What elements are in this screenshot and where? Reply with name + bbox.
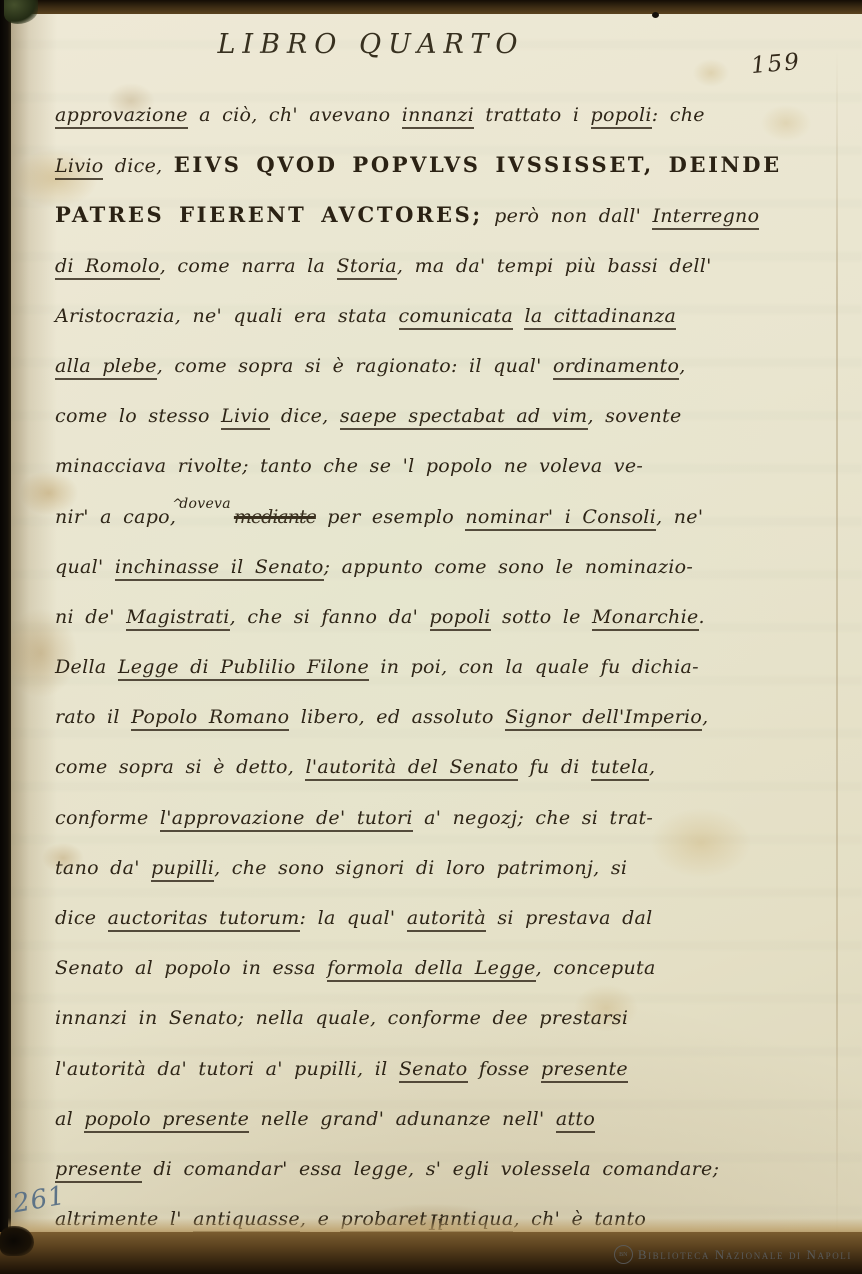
text-segment: dice,	[270, 405, 340, 427]
text-segment: Senato	[399, 1058, 468, 1083]
text-segment: Aristocrazia, ne' quali era stata	[55, 305, 399, 327]
text-segment: al	[55, 1108, 84, 1130]
text-segment: Livio	[221, 405, 269, 430]
text-segment: ni de'	[55, 606, 126, 628]
text-segment: , sovente	[588, 405, 682, 427]
manuscript-line: dice auctoritas tutorum: la qual' autori…	[55, 898, 845, 948]
text-segment: , che si fanno da'	[230, 606, 430, 628]
text-segment: a ciò, ch' avevano	[188, 104, 402, 126]
text-segment: libero, ed assoluto	[289, 706, 505, 728]
text-segment: tutela	[591, 756, 649, 781]
text-segment: approvazione	[55, 104, 188, 129]
text-segment: , ne'	[656, 506, 703, 528]
manuscript-line: nir' a capo,dovevamediante per esemplo n…	[55, 497, 845, 547]
text-segment: ; appunto come sono le nominazio-	[324, 556, 694, 578]
text-segment: la cittadinanza	[524, 305, 676, 330]
text-segment: formola della Legge	[327, 957, 536, 982]
manuscript-line: Della Legge di Publilio Filone in poi, c…	[55, 647, 845, 697]
text-segment: saepe spectabat ad vim	[340, 405, 588, 430]
binding-edge	[0, 0, 11, 1274]
manuscript-line: l'autorità da' tutori a' pupilli, il Sen…	[55, 1049, 845, 1099]
text-segment: ,	[702, 706, 708, 728]
text-segment: sotto le	[491, 606, 592, 628]
manuscript-text-block: approvazione a ciò, ch' avevano innanzi …	[55, 95, 845, 1249]
manuscript-line: alla plebe, come sopra si è ragionato: i…	[55, 346, 845, 396]
text-segment: l'approvazione de' tutori	[160, 807, 413, 832]
text-segment: nir' a capo,	[55, 506, 176, 528]
manuscript-line: rato il Popolo Romano libero, ed assolut…	[55, 697, 845, 747]
text-segment: Storia	[337, 255, 397, 280]
text-segment: atto	[556, 1108, 595, 1133]
text-segment: presente	[55, 1158, 142, 1183]
corner-blot	[0, 1226, 34, 1256]
text-segment: come sopra si è detto,	[55, 756, 305, 778]
text-segment: ordinamento	[553, 355, 679, 380]
text-segment: innanzi in Senato; nella quale, conforme…	[55, 1007, 628, 1029]
text-segment: nominar' i Consoli	[465, 506, 656, 531]
text-segment: a' negozj; che si trat-	[413, 807, 653, 829]
binding-gutter-shadow	[11, 13, 57, 1235]
text-segment: inchinasse il Senato	[115, 556, 324, 581]
manuscript-line: innanzi in Senato; nella quale, conforme…	[55, 998, 845, 1048]
text-segment: minacciava rivolte; tanto che se 'l popo…	[55, 455, 643, 477]
library-watermark-label: Biblioteca Nazionale di Napoli	[638, 1247, 852, 1263]
text-segment: , che sono signori di loro patrimonj, si	[214, 857, 627, 879]
library-logo-icon: BN	[614, 1245, 633, 1264]
text-segment: autorità	[407, 907, 486, 932]
text-segment: Popolo Romano	[131, 706, 289, 731]
text-segment: popolo presente	[84, 1108, 249, 1133]
manuscript-scan: LIBRO QUARTO 159 approvazione a ciò, ch'…	[0, 0, 862, 1274]
text-segment: tano da'	[55, 857, 151, 879]
text-segment: Signor dell'Imperio	[505, 706, 702, 731]
manuscript-line: approvazione a ciò, ch' avevano innanzi …	[55, 95, 845, 145]
page-title: LIBRO QUARTO	[161, 29, 581, 60]
text-segment: EIVS QVOD POPVLVS IVSSISSET, DEINDE	[174, 152, 782, 177]
manuscript-line: tano da' pupilli, che sono signori di lo…	[55, 848, 845, 898]
ink-speck	[652, 12, 659, 18]
text-segment: in poi, con la quale fu dichia-	[369, 656, 699, 678]
manuscript-line: Livio dice, EIVS QVOD POPVLVS IVSSISSET,…	[55, 145, 845, 195]
text-segment: : la qual'	[300, 907, 407, 929]
manuscript-line: come sopra si è detto, l'autorità del Se…	[55, 747, 845, 797]
text-segment: conforme	[55, 807, 160, 829]
text-segment: pupilli	[151, 857, 214, 882]
text-segment: dice	[55, 907, 108, 929]
text-segment: trattato i	[474, 104, 591, 126]
inserted-word: doveva	[179, 496, 231, 512]
text-segment: per esemplo	[316, 506, 465, 528]
text-segment: ,	[679, 355, 685, 377]
text-segment: PATRES FIERENT AVCTORES;	[55, 202, 483, 227]
manuscript-line: Aristocrazia, ne' quali era stata comuni…	[55, 296, 845, 346]
manuscript-line: di Romolo, come narra la Storia, ma da' …	[55, 246, 845, 296]
text-segment	[513, 305, 524, 327]
text-segment: nelle grand' adunanze nell'	[249, 1108, 556, 1130]
text-segment: presente	[541, 1058, 628, 1083]
text-segment: Della	[55, 656, 118, 678]
folio-number: 159	[750, 49, 802, 79]
text-segment: Monarchie	[592, 606, 698, 631]
text-segment: di Romolo	[55, 255, 160, 280]
text-segment: l'autorità da' tutori a' pupilli, il	[55, 1058, 399, 1080]
text-segment: , conceputa	[536, 957, 656, 979]
manuscript-line: al popolo presente nelle grand' adunanze…	[55, 1099, 845, 1149]
text-segment: qual'	[55, 556, 115, 578]
text-segment: come lo stesso	[55, 405, 221, 427]
text-segment: Interregno	[652, 205, 759, 230]
text-segment: popoli	[591, 104, 652, 129]
text-segment: Senato al popolo in essa	[55, 957, 327, 979]
text-segment: auctoritas tutorum	[108, 907, 300, 932]
manuscript-line: PATRES FIERENT AVCTORES; però non dall' …	[55, 195, 845, 245]
manuscript-line: come lo stesso Livio dice, saepe spectab…	[55, 396, 845, 446]
text-segment: , ma da' tempi più bassi dell'	[397, 255, 712, 277]
text-segment: , come sopra si è ragionato: il qual'	[157, 355, 553, 377]
text-segment: : che	[652, 104, 705, 126]
manuscript-line: qual' inchinasse il Senato; appunto come…	[55, 547, 845, 597]
text-segment: si prestava dal	[486, 907, 653, 929]
text-segment: , come narra la	[160, 255, 337, 277]
library-watermark: BN Biblioteca Nazionale di Napoli	[614, 1245, 852, 1264]
text-segment: Livio	[55, 155, 103, 180]
text-segment: alla plebe	[55, 355, 157, 380]
manuscript-line: presente di comandar' essa legge, s' egl…	[55, 1149, 845, 1199]
text-segment: di comandar' essa legge, s' egli volesse…	[142, 1158, 719, 1180]
text-segment: Legge di Publilio Filone	[118, 656, 369, 681]
manuscript-page: LIBRO QUARTO 159 approvazione a ciò, ch'…	[11, 13, 862, 1235]
text-segment: rato il	[55, 706, 131, 728]
text-segment: fu di	[518, 756, 591, 778]
page-crease-line	[836, 50, 838, 1240]
manuscript-line: ni de' Magistrati, che si fanno da' popo…	[55, 597, 845, 647]
manuscript-line: Senato al popolo in essa formola della L…	[55, 948, 845, 998]
text-segment: fosse	[468, 1058, 541, 1080]
text-segment: comunicata	[399, 305, 514, 330]
text-segment: ,	[649, 756, 655, 778]
text-segment: però non dall'	[483, 205, 653, 227]
text-segment: innanzi	[402, 104, 474, 129]
scan-edge-top	[0, 0, 862, 14]
text-segment: popoli	[430, 606, 491, 631]
text-segment: dice,	[103, 155, 173, 177]
text-segment: l'autorità del Senato	[305, 756, 518, 781]
manuscript-line: conforme l'approvazione de' tutori a' ne…	[55, 798, 845, 848]
text-segment: .	[699, 606, 705, 628]
struck-word: mediante	[234, 506, 316, 528]
text-segment: Magistrati	[126, 606, 230, 631]
